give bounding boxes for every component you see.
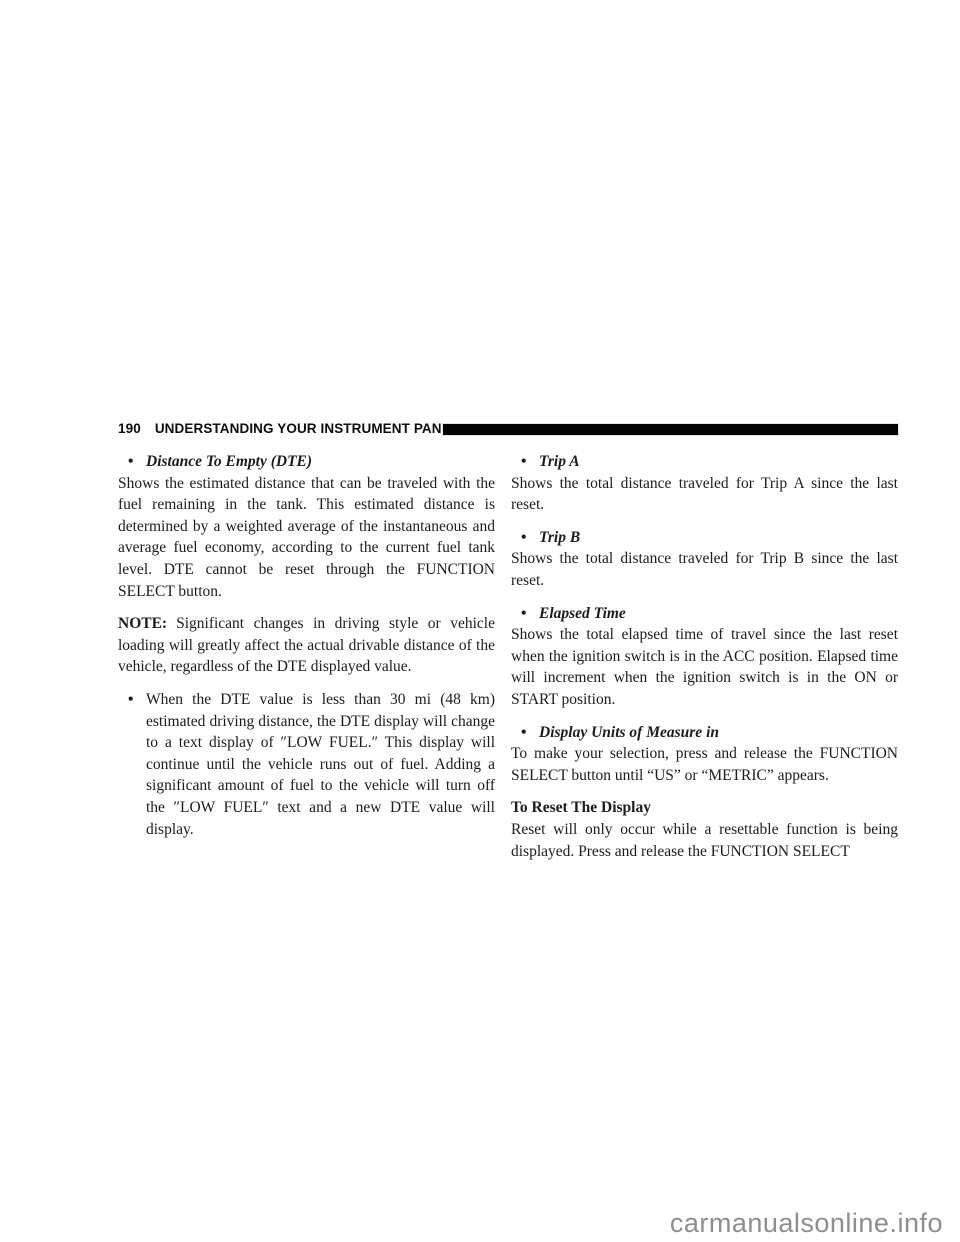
page-header: 190UNDERSTANDING YOUR INSTRUMENT PANEL (118, 421, 459, 437)
paragraph: Shows the total distance traveled for Tr… (511, 473, 898, 516)
bullet-item-text: When the DTE value is less than 30 mi (4… (146, 689, 495, 840)
bullet-heading-label: Trip A (539, 453, 580, 470)
bullet-icon: • (128, 689, 133, 711)
note-text: Significant changes in driving style or … (118, 615, 495, 675)
watermark: carmanualsonline.info (670, 1208, 943, 1239)
paragraph: Shows the total distance traveled for Tr… (511, 548, 898, 591)
paragraph: Shows the total elapsed time of travel s… (511, 624, 898, 710)
paragraph: Shows the estimated distance that can be… (118, 473, 495, 603)
bullet-icon: • (521, 451, 526, 473)
section-heading: To Reset The Display (511, 797, 898, 819)
bullet-item: •When the DTE value is less than 30 mi (… (118, 689, 495, 840)
bullet-icon: • (128, 451, 133, 473)
bullet-icon: • (521, 603, 526, 625)
left-column: •Distance To Empty (DTE)Shows the estima… (118, 451, 495, 851)
bullet-heading: •Trip B (511, 527, 898, 549)
page-number: 190 (118, 421, 141, 436)
manual-page: 190UNDERSTANDING YOUR INSTRUMENT PANEL •… (0, 0, 960, 1242)
note-label: NOTE: (118, 615, 167, 632)
paragraph: To make your selection, press and releas… (511, 743, 898, 786)
bullet-heading-label: Trip B (539, 529, 580, 546)
bullet-heading-label: Distance To Empty (DTE) (146, 453, 312, 470)
right-column: •Trip AShows the total distance traveled… (511, 451, 898, 873)
bullet-heading-label: Elapsed Time (539, 605, 626, 622)
note-paragraph: NOTE:Significant changes in driving styl… (118, 613, 495, 678)
bullet-heading-label: Display Units of Measure in (539, 724, 719, 741)
bullet-icon: • (521, 527, 526, 549)
bullet-heading: •Distance To Empty (DTE) (118, 451, 495, 473)
bullet-heading: •Trip A (511, 451, 898, 473)
header-title: UNDERSTANDING YOUR INSTRUMENT PANEL (155, 421, 459, 436)
paragraph: Reset will only occur while a resettable… (511, 819, 898, 862)
header-rule-bar (443, 424, 898, 435)
bullet-icon: • (521, 722, 526, 744)
bullet-heading: •Elapsed Time (511, 603, 898, 625)
bullet-heading: •Display Units of Measure in (511, 722, 898, 744)
